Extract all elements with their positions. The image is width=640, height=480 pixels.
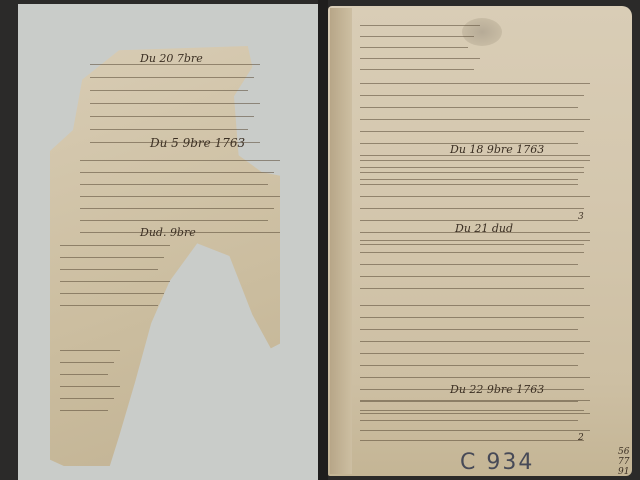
handwriting-line <box>360 305 590 306</box>
handwriting-line <box>360 131 584 132</box>
handwriting-line <box>60 350 120 351</box>
handwriting-line <box>360 58 480 59</box>
margin-amount-1: 3 <box>578 212 584 222</box>
entry-heading-2: Du 21 dud <box>455 222 513 235</box>
handwriting-line <box>90 103 260 104</box>
handwriting-line <box>360 240 590 241</box>
page-left-edge <box>330 8 352 474</box>
handwriting-line <box>90 64 260 65</box>
handwriting-line <box>360 400 590 401</box>
handwriting-line <box>360 179 578 180</box>
handwriting-line <box>90 142 260 143</box>
handwriting-line <box>360 377 590 378</box>
handwriting-line <box>360 389 584 390</box>
handwriting-line <box>360 244 584 245</box>
handwriting-line <box>360 95 584 96</box>
handwriting-line <box>360 167 584 168</box>
tally-3: 91 <box>618 467 629 477</box>
handwriting-line <box>360 341 590 342</box>
handwriting-line <box>360 184 578 185</box>
handwriting-line <box>80 184 268 185</box>
handwriting-line <box>60 398 114 399</box>
handwriting-line <box>360 160 590 161</box>
handwriting-line <box>360 47 468 48</box>
handwriting-line <box>360 276 590 277</box>
handwriting-line <box>90 129 248 130</box>
handwriting-line <box>360 208 584 209</box>
handwriting-line <box>360 329 578 330</box>
seal-stamp <box>462 18 502 46</box>
handwriting-line <box>360 69 474 70</box>
handwriting-line <box>90 116 254 117</box>
handwriting-line <box>80 160 280 161</box>
handwriting-line <box>60 374 108 375</box>
register-page <box>328 6 632 476</box>
handwriting-line <box>360 365 578 366</box>
fragment-heading-2: Du 5 9bre 1763 <box>150 136 245 150</box>
handwriting-line <box>360 25 480 26</box>
handwriting-line <box>360 413 590 414</box>
handwriting-line <box>360 36 474 37</box>
handwriting-line <box>360 353 584 354</box>
handwriting-line <box>360 155 590 156</box>
handwriting-line <box>60 386 120 387</box>
handwriting-line <box>360 172 584 173</box>
handwriting-line <box>360 440 584 441</box>
handwriting-line <box>360 83 590 84</box>
handwriting-line <box>60 257 164 258</box>
handwriting-line <box>60 362 114 363</box>
handwriting-line <box>60 305 158 306</box>
handwriting-line <box>360 430 590 431</box>
handwriting-line <box>360 220 578 221</box>
handwriting-line <box>360 107 578 108</box>
tally-1: 56 <box>618 447 629 457</box>
handwriting-line <box>360 232 590 233</box>
margin-amount-2: 2 <box>578 433 584 443</box>
handwriting-line <box>90 77 254 78</box>
handwriting-line <box>60 245 170 246</box>
handwriting-line <box>60 410 108 411</box>
handwriting-line <box>60 281 170 282</box>
handwriting-line <box>90 90 248 91</box>
handwriting-line <box>80 232 280 233</box>
handwriting-line <box>80 220 268 221</box>
handwriting-line <box>80 196 280 197</box>
book-spine-gap <box>318 0 328 480</box>
handwriting-line <box>360 410 584 411</box>
handwriting-line <box>80 172 274 173</box>
handwriting-line <box>360 196 590 197</box>
handwriting-line <box>60 293 164 294</box>
handwriting-line <box>80 208 274 209</box>
handwriting-line <box>360 119 590 120</box>
handwriting-line <box>360 420 578 421</box>
handwriting-line <box>60 269 158 270</box>
tally-2: 77 <box>618 457 629 467</box>
handwriting-line <box>360 143 578 144</box>
handwriting-line <box>360 252 584 253</box>
handwriting-line <box>360 264 578 265</box>
handwriting-line <box>360 401 578 402</box>
handwriting-line <box>360 317 584 318</box>
call-number: C 934 <box>460 450 534 475</box>
handwriting-line <box>360 288 584 289</box>
